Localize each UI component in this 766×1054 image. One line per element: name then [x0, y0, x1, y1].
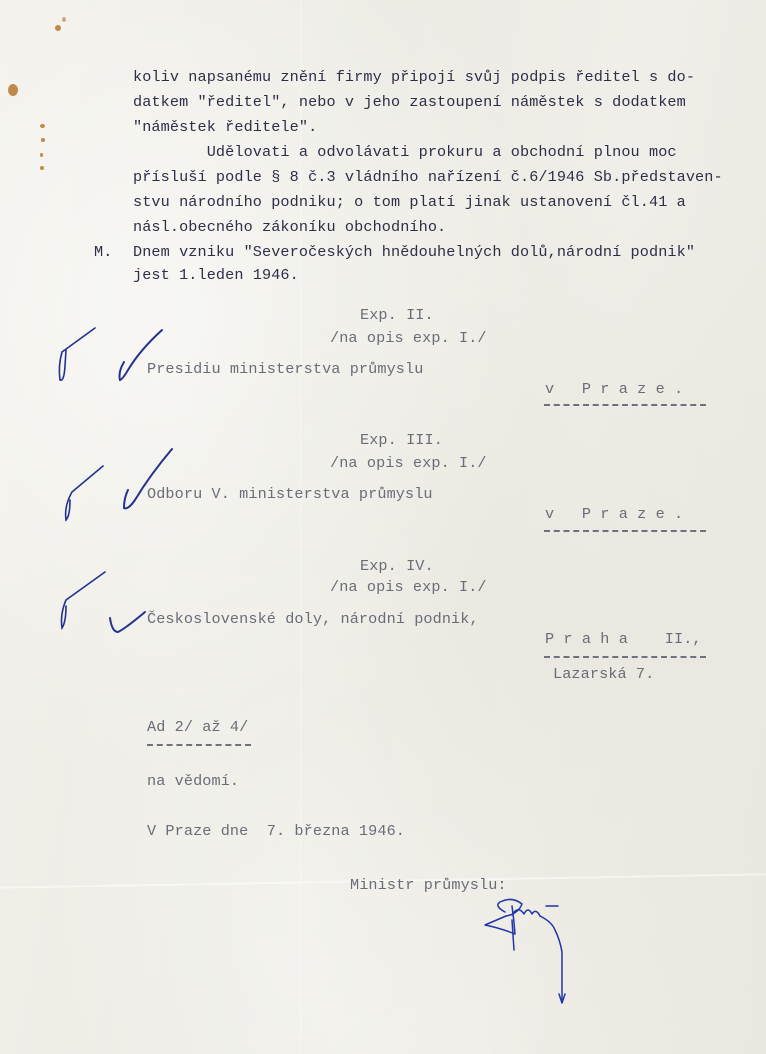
document-page: koliv napsanému znění firmy připojí svůj…	[0, 0, 766, 1054]
